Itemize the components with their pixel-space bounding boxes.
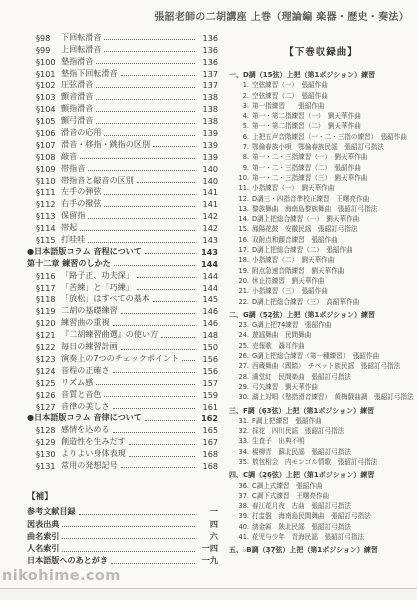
appendix-row: 図表出典四 bbox=[27, 517, 218, 529]
toc-row: §119二胡の基礎練習146 bbox=[27, 304, 218, 316]
toc-entry-title: 下回転滑音 bbox=[61, 32, 101, 43]
toc-page-number: 136 bbox=[198, 33, 218, 43]
toc-section-number: §100 bbox=[36, 57, 61, 67]
song-number: 5. bbox=[236, 121, 249, 131]
song-row: 40.綉金匾 陝北民謡 張韶訂弓指法 bbox=[228, 522, 414, 532]
toc-section-number: §127 bbox=[36, 402, 61, 412]
toc-row: ●日本語版コラム 音程について143 bbox=[27, 245, 218, 257]
song-row: 18.小指練習（二） 劉天華作曲 bbox=[228, 255, 414, 265]
song-number: 9. bbox=[236, 163, 249, 173]
toc-entry-title: 帯指音と敲音の区別 bbox=[61, 175, 134, 186]
song-title: D調上把総合練習（一） 劉天華作曲 bbox=[252, 215, 359, 223]
song-title: 第一指練習 張韶作曲 bbox=[252, 102, 325, 110]
song-number: 6. bbox=[236, 132, 249, 142]
toc-entry-title: 演奏上の7つのチェックポイント bbox=[61, 353, 179, 364]
toc-page-number: 144 bbox=[198, 283, 218, 293]
song-number: 8. bbox=[236, 152, 249, 162]
toc-row: §111左手の弾弦141 bbox=[27, 186, 218, 198]
toc-entry-title: 顫弓滑音 bbox=[61, 115, 93, 126]
song-row: 15.鳳陽花鼓 安徽民謡 張韶訂弓指法 bbox=[228, 224, 414, 234]
toc-page-number: 148 bbox=[198, 330, 218, 340]
song-row: 3.第一指練習 張韶作曲 bbox=[228, 101, 414, 111]
song-title: C調上式練習 張韶作曲 bbox=[252, 482, 323, 490]
song-section-heading: 一、D調（15弦）上把（第1ポジション）練習 bbox=[228, 70, 414, 80]
toc-page-number: 143 bbox=[198, 235, 218, 245]
song-number: 20. bbox=[236, 276, 249, 286]
toc-page-number: 165 bbox=[198, 425, 218, 435]
appendix-row: 日本語版へのあとがき一九 bbox=[27, 554, 218, 566]
appendix-entry-title: 図表出典 bbox=[27, 519, 59, 530]
song-title: 花児与少年 青海民謡 張韶訂弓指法 bbox=[252, 533, 364, 541]
appendix-row: 人名索引一四 bbox=[27, 542, 218, 554]
song-title: 鳳陽花鼓 安徽民謡 張韶訂弓指法 bbox=[252, 225, 358, 233]
song-row: 6.上把五声音階練習（一・二・三指の練習） 張韶作曲 bbox=[228, 132, 414, 142]
appendix-section: 【補】 参考文献目録一図表出典四曲名索引六人名索引一四日本語版へのあとがき一九 bbox=[27, 490, 218, 566]
dotted-leader bbox=[153, 146, 195, 147]
toc-page-number: 168 bbox=[198, 449, 218, 459]
song-number: 33. bbox=[236, 436, 249, 446]
toc-page-number: 136 bbox=[198, 45, 218, 55]
toc-row: §100墊指滑音136 bbox=[27, 55, 218, 67]
dotted-leader bbox=[129, 456, 195, 457]
toc-page-number: 142 bbox=[198, 223, 218, 233]
toc-page-number: 142 bbox=[198, 211, 218, 221]
toc-entry-title: 滑音・移指・跳指の区別 bbox=[61, 139, 150, 150]
dotted-leader bbox=[182, 360, 195, 361]
song-number: 26. bbox=[236, 351, 249, 361]
toc-row: §106滑音の応用139 bbox=[27, 126, 218, 138]
song-number: 28. bbox=[236, 372, 249, 382]
toc-entry-title: 墊指下回転滑音 bbox=[61, 68, 118, 79]
toc-section-number: §131 bbox=[36, 461, 61, 471]
dotted-leader bbox=[104, 39, 195, 40]
appendix-label: 【補】 bbox=[27, 490, 218, 502]
toc-section-number: §106 bbox=[36, 128, 61, 138]
song-number: 17. bbox=[236, 245, 249, 255]
song-title: 空弦練習（二） 張韶作曲 bbox=[252, 92, 328, 100]
toc-section-number: §110 bbox=[36, 176, 61, 186]
toc-page-number: 137 bbox=[198, 69, 218, 79]
toc-entry-title: 左手の弾弦 bbox=[61, 186, 101, 197]
song-row: 17.D調上把総合練習（二） 張韶作曲 bbox=[228, 245, 414, 255]
toc-section-number: §130 bbox=[36, 449, 61, 459]
song-row: 8.第一・二・三指練習（一） 劉天華作曲 bbox=[228, 152, 414, 162]
song-row: 4.第一・第二指練習（一） 劉天華作曲 bbox=[228, 111, 414, 121]
dotted-leader bbox=[88, 218, 195, 219]
toc-row: §128感情を込める165 bbox=[27, 423, 218, 435]
dotted-leader bbox=[88, 242, 195, 243]
toc-section-number: §109 bbox=[36, 164, 61, 174]
song-number: 41. bbox=[236, 532, 249, 542]
song-number: 16. bbox=[236, 235, 249, 245]
dotted-leader bbox=[62, 551, 195, 552]
toc-row: §122毎日の練習計画150 bbox=[27, 340, 218, 352]
song-row: 16.双附点和顫音練習 張韶作曲 bbox=[228, 235, 414, 245]
song-number: 15. bbox=[236, 224, 249, 234]
toc-entry-title: 墊指滑音 bbox=[61, 56, 93, 67]
song-row: 29.弓矢練習 劉天華作曲 bbox=[228, 382, 414, 392]
songs-column: 【下巻収録曲】 一、D調（15弦）上把（第1ポジション）練習1.空弦練習（一） … bbox=[228, 44, 414, 556]
toc-entry-title: 感情を込める bbox=[61, 424, 110, 435]
toc-section-number: §122 bbox=[36, 342, 61, 352]
song-row: 20.休止符練習 劉天華作曲 bbox=[228, 276, 414, 286]
dotted-leader bbox=[161, 337, 195, 338]
toc-page-number: 146 bbox=[198, 318, 218, 328]
toc-section-number: §115 bbox=[36, 235, 61, 245]
dotted-leader bbox=[79, 514, 195, 515]
song-title: C調下式練習 王曙亮作曲 bbox=[252, 492, 329, 500]
song-title: 敖包相会 内モンゴル情歌 張韶訂弓指法 bbox=[252, 458, 377, 466]
toc-entry-title: 「路子正、功夫深」 bbox=[61, 270, 134, 281]
song-row: 14.D調上把総合練習（一） 劉天華作曲 bbox=[228, 214, 414, 224]
song-number: 30. bbox=[236, 392, 249, 402]
toc-section-number: §102 bbox=[36, 80, 61, 90]
toc-entry-title: 音質と音色 bbox=[61, 389, 101, 400]
toc-section-number: §99 bbox=[36, 45, 61, 55]
toc-row: §118「放松」はすべての基本145 bbox=[27, 293, 218, 305]
toc-entry-title: 音程の正確さ bbox=[61, 365, 110, 376]
song-title: 小指練習（三） 張韶作曲 bbox=[252, 287, 328, 295]
toc-section-number: §123 bbox=[36, 354, 61, 364]
song-row: 27.西蔵舞曲（踢踏） チベット族民謡 張韶訂弓指法 bbox=[228, 361, 414, 371]
toc-page-number: 136 bbox=[198, 57, 218, 67]
toc-page-number: 141 bbox=[198, 199, 218, 209]
dotted-leader bbox=[137, 289, 195, 290]
song-row: 39.打盅盤 海南島民間舞曲 張韶訂弓指法 bbox=[228, 511, 414, 521]
toc-entry-title: 創造性を生みだす bbox=[61, 436, 126, 447]
song-number: 11. bbox=[236, 183, 249, 193]
song-row: 41.花児与少年 青海民謡 張韶訂弓指法 bbox=[228, 532, 414, 542]
toc-entry-title: 上回転滑音 bbox=[61, 44, 101, 55]
toc-page-number: 140 bbox=[198, 164, 218, 174]
appendix-entry-title: 日本語版へのあとがき bbox=[27, 555, 108, 566]
song-title: 第一・二・三指練習（一） 劉天華作曲 bbox=[252, 153, 367, 161]
songs-heading: 【下巻収録曲】 bbox=[228, 44, 414, 58]
appendix-list: 参考文献目録一図表出典四曲名索引六人名索引一四日本語版へのあとがき一九 bbox=[27, 505, 218, 566]
song-row: 34.楊柳青 蘇北民謡 張韶訂弓指法 bbox=[228, 447, 414, 457]
song-title: 双附点和顫音練習 張韶作曲 bbox=[252, 236, 338, 244]
toc-entry-title: ●日本語版コラム 音程について bbox=[27, 246, 142, 257]
dotted-leader bbox=[104, 194, 195, 195]
toc-row: §98下回転滑音136 bbox=[27, 31, 218, 43]
dotted-leader bbox=[145, 420, 195, 421]
song-number: 2. bbox=[236, 91, 249, 101]
toc-row: §104顫指滑音138 bbox=[27, 102, 218, 114]
dotted-leader bbox=[80, 158, 195, 159]
song-title: 弓矢練習 劉天華作曲 bbox=[252, 383, 318, 391]
song-title: 小指練習（一） 劉天華作曲 bbox=[252, 184, 334, 192]
toc-page-number: 138 bbox=[198, 92, 218, 102]
toc-entry-title: 帯起 bbox=[61, 222, 77, 233]
toc-page-number: 144 bbox=[198, 259, 218, 269]
toc-row: §115打哇哇143 bbox=[27, 233, 218, 245]
toc-page-number: 157 bbox=[198, 378, 218, 388]
toc-entry-title: 打哇哇 bbox=[61, 234, 85, 245]
toc-section-number: §119 bbox=[36, 306, 61, 316]
song-row: 23.G調上把7̣4̣練習 張韶作曲 bbox=[228, 320, 414, 330]
toc-page-number: 167 bbox=[198, 437, 218, 447]
dotted-leader bbox=[111, 563, 195, 564]
toc-row: §121『二胡練習曲選』の使い方148 bbox=[27, 328, 218, 340]
song-row: 13.黎族舞曲 海南島黎族舞曲 張韶訂弓指法 bbox=[228, 204, 414, 214]
song-title: F調上把練習 張韶作曲 bbox=[252, 417, 322, 425]
toc-section-number: §128 bbox=[36, 425, 61, 435]
song-number: 25. bbox=[236, 341, 249, 351]
song-title: 第一・第二指練習（一） 劉天華作曲 bbox=[252, 112, 361, 120]
toc-entry-title: 保留指 bbox=[61, 210, 85, 221]
toc-row: §108敲音139 bbox=[27, 150, 218, 162]
toc-section-number: §125 bbox=[36, 378, 61, 388]
appendix-entry-title: 曲名索引 bbox=[27, 531, 59, 542]
dotted-leader bbox=[113, 325, 195, 326]
song-title: D調上把総合練習（三） 高韶華作曲 bbox=[252, 298, 359, 306]
dotted-leader bbox=[113, 372, 195, 373]
song-row: 31.F調上把練習 張韶作曲 bbox=[228, 416, 414, 426]
toc-section-number: §120 bbox=[36, 318, 61, 328]
song-row: 24.遊謡舞曲 民間舞曲 bbox=[228, 330, 414, 340]
dotted-leader bbox=[121, 467, 195, 468]
song-number: 37. bbox=[236, 491, 249, 501]
appendix-page-number: 四 bbox=[198, 519, 218, 530]
song-title: 第一・二・三指練習（三） 劉天華作曲 bbox=[252, 174, 367, 182]
song-number: 18. bbox=[236, 255, 249, 265]
toc-page-number: 144 bbox=[198, 271, 218, 281]
toc-entry-title: 顫指滑音 bbox=[61, 103, 93, 114]
song-number: 3. bbox=[236, 101, 249, 111]
toc-entry-title: 毎日の練習計画 bbox=[61, 341, 118, 352]
dotted-leader bbox=[80, 230, 195, 231]
toc-row: §126音質と音色159 bbox=[27, 388, 218, 400]
song-row: 11.小指練習（一） 劉天華作曲 bbox=[228, 183, 414, 193]
toc-row: §103顫音滑音138 bbox=[27, 90, 218, 102]
appendix-page-number: 一四 bbox=[198, 543, 218, 554]
appendix-page-number: 一九 bbox=[198, 555, 218, 566]
toc-row: §110帯指音と敲音の区別140 bbox=[27, 174, 218, 186]
toc-row: §112右手の撥弦141 bbox=[27, 197, 218, 209]
song-title: 採花 四川民謡 張韶訂弓指法 bbox=[252, 427, 344, 435]
toc-entry-title: 練習曲の重視 bbox=[61, 317, 110, 328]
toc-page-number: 146 bbox=[198, 306, 218, 316]
toc-section-number: §117 bbox=[36, 283, 61, 293]
toc-entry-title: 圧弦滑音 bbox=[61, 79, 93, 90]
dotted-leader bbox=[114, 265, 195, 266]
toc-list: §98下回転滑音136§99上回転滑音136§100墊指滑音136§101墊指下… bbox=[27, 31, 218, 471]
song-row: 37.C調下式練習 王曙亮作曲 bbox=[228, 491, 414, 501]
dotted-leader bbox=[153, 301, 195, 302]
toc-page-number: 138 bbox=[198, 116, 218, 126]
appendix-row: 参考文献目録一 bbox=[27, 505, 218, 517]
toc-section-number: §113 bbox=[36, 211, 61, 221]
song-title: G調上把総合練習（第一種練習） 張韶作曲 bbox=[252, 352, 379, 360]
song-title: G調上把7̣4̣練習 張韶作曲 bbox=[252, 321, 331, 329]
song-title: 附点急速音階練習 劉天華作曲 bbox=[252, 267, 344, 275]
dotted-leader bbox=[104, 396, 195, 397]
toc-entry-title: 音律の美しさ bbox=[61, 401, 110, 412]
song-number: 13. bbox=[236, 204, 249, 214]
song-title: 売報歌 聶耳作曲 bbox=[252, 342, 305, 350]
song-number: 12. bbox=[236, 194, 249, 204]
appendix-entry-title: 参考文献目録 bbox=[27, 506, 76, 517]
dotted-leader bbox=[96, 111, 195, 112]
toc-section-number: §121 bbox=[36, 330, 61, 340]
toc-page-number: 145 bbox=[198, 294, 218, 304]
toc-entry-title: 帯指音 bbox=[61, 163, 85, 174]
song-number: 29. bbox=[236, 382, 249, 392]
toc-row: §124音程の正確さ156 bbox=[27, 364, 218, 376]
song-title: 生査子 出典不明 bbox=[252, 437, 305, 445]
toc-entry-title: 二胡の基礎練習 bbox=[61, 305, 118, 316]
song-number: 40. bbox=[236, 522, 249, 532]
song-number: 4. bbox=[236, 111, 249, 121]
toc-entry-title: ●日本語版コラム 音律について bbox=[27, 412, 142, 423]
songs-list: 一、D調（15弦）上把（第1ポジション）練習1.空弦練習（一） 張韶作曲2.空弦… bbox=[228, 70, 414, 556]
dotted-leader bbox=[137, 182, 195, 183]
song-row: 28.満堂紅 民間楽曲 張韶訂弓指法 bbox=[228, 372, 414, 382]
dotted-leader bbox=[129, 444, 195, 445]
toc-section-number: §114 bbox=[36, 223, 61, 233]
toc-row: §109帯指音140 bbox=[27, 162, 218, 174]
page-header-title: 張韶老師の二胡講座 上巻（理論編 楽器・歴史・奏法） bbox=[154, 8, 409, 23]
toc-page-number: 143 bbox=[198, 247, 218, 257]
toc-section-number: §118 bbox=[36, 294, 61, 304]
toc-page-number: 161 bbox=[198, 402, 218, 412]
book-page: 張韶老師の二胡講座 上巻（理論編 楽器・歴史・奏法） §98下回転滑音136§9… bbox=[0, 0, 417, 600]
song-title: 黎族舞曲 海南島黎族舞曲 張韶訂弓指法 bbox=[252, 205, 377, 213]
dotted-leader bbox=[121, 349, 195, 350]
song-section-heading: 四、C調（2̣6̣弦）上把（第1ポジション）練習 bbox=[228, 470, 414, 480]
toc-section-number: §111 bbox=[36, 187, 61, 197]
toc-page-number: 156 bbox=[198, 366, 218, 376]
song-title: D調上把総合練習（二） 張韶作曲 bbox=[252, 246, 353, 254]
song-row: 7.鄂倫春族小唄 鄂倫春族民謡 張韶訂弓指法 bbox=[228, 142, 414, 152]
page-below-edge bbox=[0, 589, 417, 600]
song-title: 満堂紅 民間楽曲 張韶訂弓指法 bbox=[252, 373, 351, 381]
song-row: 33.生査子 出典不明 bbox=[228, 436, 414, 446]
toc-section-number: §103 bbox=[36, 92, 61, 102]
toc-entry-title: 「放松」はすべての基本 bbox=[61, 293, 150, 304]
toc-row: §129創造性を生みだす167 bbox=[27, 435, 218, 447]
toc-page-number: 138 bbox=[198, 104, 218, 114]
song-row: 22.D調上把総合練習（三） 高韶華作曲 bbox=[228, 297, 414, 307]
toc-page-number: 141 bbox=[198, 187, 218, 197]
toc-page-number: 150 bbox=[198, 342, 218, 352]
toc-row: §130よりよい身体表現168 bbox=[27, 447, 218, 459]
toc-page-number: 162 bbox=[198, 413, 218, 423]
song-row: 26.G調上把総合練習（第一種練習） 張韶作曲 bbox=[228, 351, 414, 361]
song-section-heading: 五、♭B調（3̣7̣弦）上把（第1ポジション）練習 bbox=[228, 545, 414, 555]
song-number: 10. bbox=[236, 173, 249, 183]
toc-row: §116「路子正、功夫深」144 bbox=[27, 269, 218, 281]
song-title: 打盅盤 海南島民間舞曲 張韶訂弓指法 bbox=[252, 512, 371, 520]
song-number: 19. bbox=[236, 266, 249, 276]
toc-row: §125リズム感157 bbox=[27, 376, 218, 388]
toc-row: §120練習曲の重視146 bbox=[27, 316, 218, 328]
toc-section-number: §124 bbox=[36, 366, 61, 376]
appendix-entry-title: 人名索引 bbox=[27, 543, 59, 554]
song-row: 32.採花 四川民謡 張韶訂弓指法 bbox=[228, 426, 414, 436]
song-number: 1. bbox=[236, 80, 249, 90]
toc-entry-title: リズム感 bbox=[61, 377, 93, 388]
song-number: 34. bbox=[236, 447, 249, 457]
song-row: 2.空弦練習（二） 張韶作曲 bbox=[228, 91, 414, 101]
song-number: 22. bbox=[236, 297, 249, 307]
toc-row: §131常用の発想記号168 bbox=[27, 459, 218, 471]
song-title: 湖上対唱（墊指滑音練習） 黄梅戯曲調 張韶訂弓指法 bbox=[252, 393, 414, 401]
song-number: 35. bbox=[236, 457, 249, 467]
toc-page-number: 139 bbox=[198, 128, 218, 138]
song-number: 32. bbox=[236, 426, 249, 436]
toc-entry-title: 「苦練」と「巧練」 bbox=[61, 282, 134, 293]
toc-row: ●日本語版コラム 音律について162 bbox=[27, 412, 218, 424]
song-number: 38. bbox=[236, 501, 249, 511]
song-title: 上把五声音階練習（一・二・三指の練習） 張韶作曲 bbox=[252, 133, 407, 141]
toc-section-number: §107 bbox=[36, 140, 61, 150]
toc-entry-title: 常用の発想記号 bbox=[61, 460, 118, 471]
dotted-leader bbox=[88, 170, 195, 171]
song-title: 遊謡舞曲 民間舞曲 bbox=[252, 331, 311, 339]
song-row: 30.湖上対唱（墊指滑音練習） 黄梅戯曲調 張韶訂弓指法 bbox=[228, 392, 414, 402]
toc-row: §99上回転滑音136 bbox=[27, 43, 218, 55]
dotted-leader bbox=[96, 123, 195, 124]
toc-page-number: 137 bbox=[198, 80, 218, 90]
toc-entry-title: 『二胡練習曲選』の使い方 bbox=[61, 329, 158, 340]
song-title: 第一・二・三指練習（二） 張韶作曲 bbox=[252, 164, 361, 172]
song-row: 36.C調上式練習 張韶作曲 bbox=[228, 481, 414, 491]
toc-section-number: §105 bbox=[36, 116, 61, 126]
toc-row: §123演奏上の7つのチェックポイント156 bbox=[27, 352, 218, 364]
toc-section-number: §101 bbox=[36, 69, 61, 79]
dotted-leader bbox=[137, 277, 195, 278]
appendix-row: 曲名索引六 bbox=[27, 530, 218, 542]
toc-entry-title: 顫音滑音 bbox=[61, 91, 93, 102]
song-section-heading: 三、F調（6̣3弦）上把（第1ポジション）練習 bbox=[228, 406, 414, 416]
toc-section-number: §98 bbox=[36, 33, 61, 43]
song-section-heading: 二、G調（5̣2̣弦）上把（第1ポジション）練習 bbox=[228, 310, 414, 320]
dotted-leader bbox=[96, 87, 195, 88]
dotted-leader bbox=[104, 206, 195, 207]
song-row: 21.小指練習（三） 張韶作曲 bbox=[228, 286, 414, 296]
toc-section-number: §112 bbox=[36, 199, 61, 209]
toc-row: §117「苦練」と「巧練」144 bbox=[27, 281, 218, 293]
song-row: 19.附点急速音階練習 劉天華作曲 bbox=[228, 266, 414, 276]
song-row: 10.第一・二・三指練習（三） 劉天華作曲 bbox=[228, 173, 414, 183]
song-row: 12.D調三・四指音準校正練習 王曙亮作曲 bbox=[228, 194, 414, 204]
toc-entry-title: 敲音 bbox=[61, 151, 77, 162]
song-number: 7. bbox=[236, 142, 249, 152]
watermark: nikohime.com bbox=[2, 568, 121, 584]
dotted-leader bbox=[96, 99, 195, 100]
toc-page-number: 139 bbox=[198, 152, 218, 162]
toc-row: §102圧弦滑音137 bbox=[27, 79, 218, 91]
toc-entry-title: 右手の撥弦 bbox=[61, 198, 101, 209]
song-row: 5.第一・第二指練習（二） 劉天華作曲 bbox=[228, 121, 414, 131]
dotted-leader bbox=[121, 313, 195, 314]
appendix-page-number: 六 bbox=[198, 531, 218, 542]
dotted-leader bbox=[145, 253, 195, 254]
song-title: 鄂倫春族小唄 鄂倫春族民謡 張韶訂弓指法 bbox=[252, 143, 384, 151]
toc-row: §107滑音・移指・跳指の区別139 bbox=[27, 138, 218, 150]
song-number: 31. bbox=[236, 416, 249, 426]
dotted-leader bbox=[113, 408, 195, 409]
song-row: 35.敖包相会 内モンゴル情歌 張韶訂弓指法 bbox=[228, 457, 414, 467]
toc-entry-title: よりよい身体表現 bbox=[61, 448, 126, 459]
toc-row: §127音律の美しさ161 bbox=[27, 400, 218, 412]
dotted-leader bbox=[113, 432, 195, 433]
song-number: 36. bbox=[236, 481, 249, 491]
toc-row: §113保留指142 bbox=[27, 209, 218, 221]
dotted-leader bbox=[104, 135, 195, 136]
song-number: 39. bbox=[236, 511, 249, 521]
